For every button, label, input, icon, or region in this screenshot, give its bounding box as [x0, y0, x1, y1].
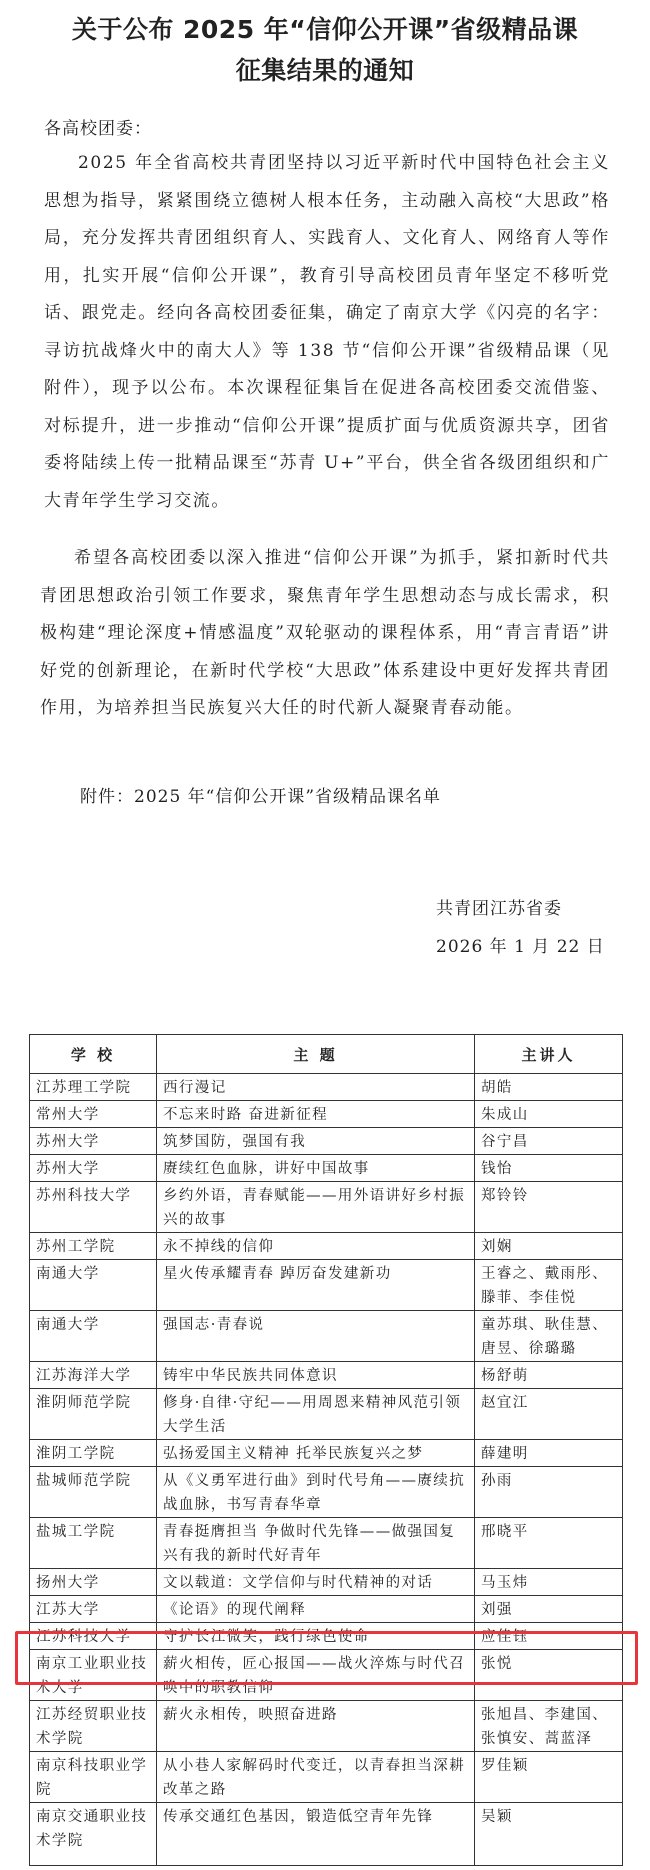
table-row: 江苏大学 《论语》的现代阐释 刘强: [30, 1596, 623, 1623]
cell-topic: 薪火相传，匠心报国——战火淬炼与时代召唤中的职教信仰: [157, 1650, 475, 1701]
cell-school: 江苏大学: [30, 1596, 157, 1623]
cell-speaker: 郑铃铃: [475, 1182, 623, 1233]
table-row: 苏州科技大学 乡约外语，青春赋能——用外语讲好乡村振兴的故事 郑铃铃: [30, 1182, 623, 1233]
cell-topic: 守护长江微笑，践行绿色使命: [157, 1623, 475, 1650]
cell-school: 苏州工学院: [30, 1233, 157, 1260]
document-title-line1: 关于公布 2025 年“信仰公开课”省级精品课: [0, 10, 650, 46]
table-row: 南通大学 强国志·青春说 童苏琪、耿佳慧、唐昱、徐璐璐: [30, 1311, 623, 1362]
cell-topic: 弘扬爱国主义精神 托举民族复兴之梦: [157, 1440, 475, 1467]
cell-school: 淮阴工学院: [30, 1440, 157, 1467]
cell-topic: 从小巷人家解码时代变迁，以青春担当深耕改革之路: [157, 1752, 475, 1803]
cell-school: 江苏经贸职业技术学院: [30, 1701, 157, 1752]
cell-school: 南通大学: [30, 1260, 157, 1311]
table-row: 盐城师范学院 从《义勇军进行曲》到时代号角——赓续抗战血脉，书写青春华章 孙雨: [30, 1467, 623, 1518]
cell-topic: 传承交通红色基因，锻造低空青年先锋: [157, 1803, 475, 1866]
cell-school: 盐城师范学院: [30, 1467, 157, 1518]
cell-topic: 赓续红色血脉，讲好中国故事: [157, 1155, 475, 1182]
table-header-row: 学 校 主 题 主讲人: [30, 1035, 623, 1074]
table-row: 苏州大学 赓续红色血脉，讲好中国故事 钱怡: [30, 1155, 623, 1182]
cell-speaker: 薛建明: [475, 1440, 623, 1467]
signature-block: 共青团江苏省委 2026 年 1 月 22 日: [436, 890, 605, 966]
signature-organization: 共青团江苏省委: [436, 890, 605, 928]
cell-topic: 强国志·青春说: [157, 1311, 475, 1362]
cell-speaker: 刘娴: [475, 1233, 623, 1260]
table-row: 江苏理工学院 西行漫记 胡皓: [30, 1074, 623, 1101]
cell-speaker: 应佳钰: [475, 1623, 623, 1650]
header-speaker: 主讲人: [475, 1035, 623, 1074]
signature-date: 2026 年 1 月 22 日: [436, 928, 605, 966]
table-row: 扬州大学 文以载道：文学信仰与时代精神的对话 马玉炜: [30, 1569, 623, 1596]
header-topic: 主 题: [157, 1035, 475, 1074]
cell-school: 苏州大学: [30, 1155, 157, 1182]
body-paragraph-2: 希望各高校团委以深入推进“信仰公开课”为抓手，紧扣新时代共青团思想政治引领工作要…: [40, 540, 610, 728]
cell-speaker: 钱怡: [475, 1155, 623, 1182]
document-title-line2: 征集结果的通知: [0, 51, 650, 87]
table-row: 南京交通职业技术学院 传承交通红色基因，锻造低空青年先锋 吴颖: [30, 1803, 623, 1866]
body-paragraph-1: 2025 年全省高校共青团坚持以习近平新时代中国特色社会主义思想为指导，紧紧围绕…: [44, 145, 610, 520]
cell-school: 江苏科技大学: [30, 1623, 157, 1650]
cell-speaker: 邢晓平: [475, 1518, 623, 1569]
cell-school: 江苏海洋大学: [30, 1362, 157, 1389]
cell-school: 盐城工学院: [30, 1518, 157, 1569]
cell-speaker: 谷宁昌: [475, 1128, 623, 1155]
cell-speaker: 赵宜江: [475, 1389, 623, 1440]
attachment-note: 附件：2025 年“信仰公开课”省级精品课名单: [80, 782, 441, 807]
cell-school: 苏州科技大学: [30, 1182, 157, 1233]
table-row: 江苏经贸职业技术学院 薪火永相传，映照奋进路 张旭昌、李建国、张慎安、蒿蓝泽: [30, 1701, 623, 1752]
cell-school: 南京科技职业学院: [30, 1752, 157, 1803]
cell-speaker: 朱成山: [475, 1101, 623, 1128]
cell-speaker: 王睿之、戴雨彤、滕菲、李佳悦: [475, 1260, 623, 1311]
cell-topic: 筑梦国防，强国有我: [157, 1128, 475, 1155]
table-row: 淮阴工学院 弘扬爱国主义精神 托举民族复兴之梦 薛建明: [30, 1440, 623, 1467]
table-row: 苏州工学院 永不掉线的信仰 刘娴: [30, 1233, 623, 1260]
cell-speaker: 张旭昌、李建国、张慎安、蒿蓝泽: [475, 1701, 623, 1752]
table-row: 盐城工学院 青春挺膺担当 争做时代先锋——做强国复兴有我的新时代好青年 邢晓平: [30, 1518, 623, 1569]
cell-topic: 青春挺膺担当 争做时代先锋——做强国复兴有我的新时代好青年: [157, 1518, 475, 1569]
cell-topic: 永不掉线的信仰: [157, 1233, 475, 1260]
cell-school: 淮阴师范学院: [30, 1389, 157, 1440]
table-row: 江苏科技大学 守护长江微笑，践行绿色使命 应佳钰: [30, 1623, 623, 1650]
cell-topic: 铸牢中华民族共同体意识: [157, 1362, 475, 1389]
cell-school: 南京交通职业技术学院: [30, 1803, 157, 1866]
cell-topic: 不忘来时路 奋进新征程: [157, 1101, 475, 1128]
cell-topic: 星火传承耀青春 踔厉奋发建新功: [157, 1260, 475, 1311]
table-row-highlighted: 南京工业职业技术大学 薪火相传，匠心报国——战火淬炼与时代召唤中的职教信仰 张悦: [30, 1650, 623, 1701]
cell-school: 常州大学: [30, 1101, 157, 1128]
cell-speaker: 罗佳颖: [475, 1752, 623, 1803]
cell-topic: 乡约外语，青春赋能——用外语讲好乡村振兴的故事: [157, 1182, 475, 1233]
course-list-table: 学 校 主 题 主讲人 江苏理工学院 西行漫记 胡皓 常州大学 不忘来时路 奋进…: [29, 1034, 623, 1866]
cell-school: 南通大学: [30, 1311, 157, 1362]
table-row: 南京科技职业学院 从小巷人家解码时代变迁，以青春担当深耕改革之路 罗佳颖: [30, 1752, 623, 1803]
cell-school: 扬州大学: [30, 1569, 157, 1596]
cell-topic: 修身·自律·守纪——用周恩来精神风范引领大学生活: [157, 1389, 475, 1440]
table-row: 江苏海洋大学 铸牢中华民族共同体意识 杨舒萌: [30, 1362, 623, 1389]
cell-school: 苏州大学: [30, 1128, 157, 1155]
cell-speaker: 吴颖: [475, 1803, 623, 1866]
cell-speaker: 刘强: [475, 1596, 623, 1623]
cell-topic: 薪火永相传，映照奋进路: [157, 1701, 475, 1752]
cell-topic: 西行漫记: [157, 1074, 475, 1101]
salutation: 各高校团委：: [44, 114, 152, 139]
cell-speaker: 马玉炜: [475, 1569, 623, 1596]
table-row: 常州大学 不忘来时路 奋进新征程 朱成山: [30, 1101, 623, 1128]
cell-topic: 《论语》的现代阐释: [157, 1596, 475, 1623]
cell-topic: 从《义勇军进行曲》到时代号角——赓续抗战血脉，书写青春华章: [157, 1467, 475, 1518]
cell-school: 南京工业职业技术大学: [30, 1650, 157, 1701]
cell-speaker: 张悦: [475, 1650, 623, 1701]
cell-speaker: 胡皓: [475, 1074, 623, 1101]
table-row: 苏州大学 筑梦国防，强国有我 谷宁昌: [30, 1128, 623, 1155]
cell-speaker: 孙雨: [475, 1467, 623, 1518]
cell-topic: 文以载道：文学信仰与时代精神的对话: [157, 1569, 475, 1596]
cell-speaker: 杨舒萌: [475, 1362, 623, 1389]
table-row: 淮阴师范学院 修身·自律·守纪——用周恩来精神风范引领大学生活 赵宜江: [30, 1389, 623, 1440]
table-row: 南通大学 星火传承耀青春 踔厉奋发建新功 王睿之、戴雨彤、滕菲、李佳悦: [30, 1260, 623, 1311]
cell-school: 江苏理工学院: [30, 1074, 157, 1101]
header-school: 学 校: [30, 1035, 157, 1074]
cell-speaker: 童苏琪、耿佳慧、唐昱、徐璐璐: [475, 1311, 623, 1362]
